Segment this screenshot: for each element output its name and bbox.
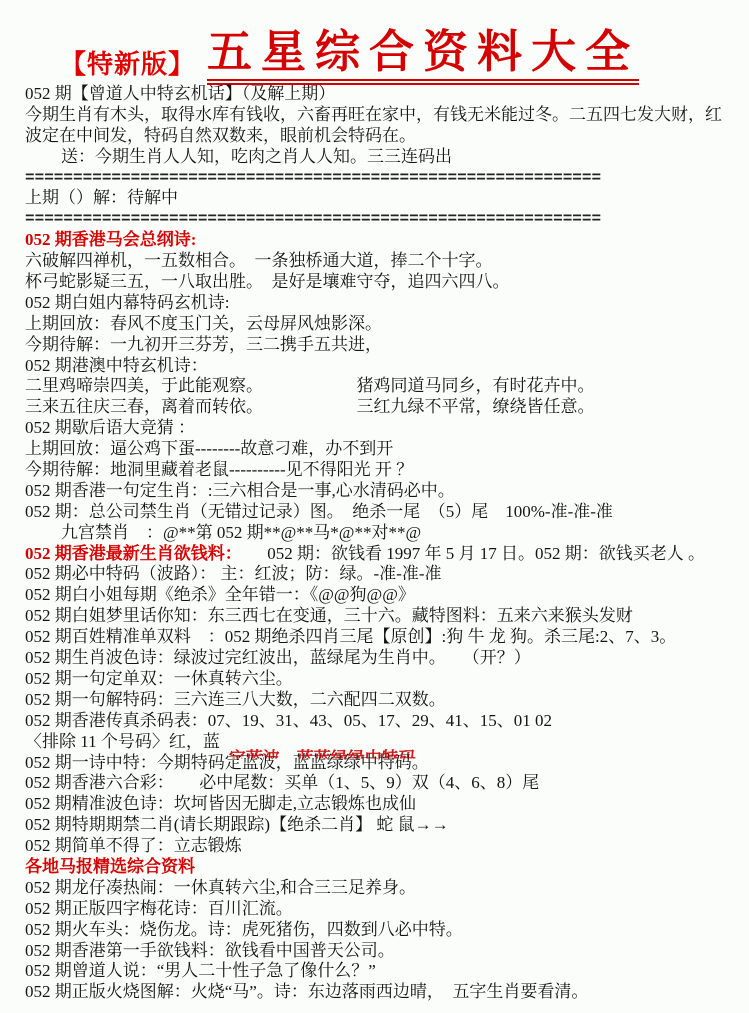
line-text: 052 期香港传真杀码表：07、19、31、43、05、17、29、41、15、… — [25, 711, 552, 730]
text-line: 三来五往庆三春，离着而转依。 三红九绿不平常，缭绕皆任意。 — [25, 397, 737, 418]
line-text: 052 期曾道人说：“男人二十性子急了像什么？” — [25, 961, 376, 980]
line-text: ========================================… — [25, 169, 601, 187]
text-line: 今期待解：一九初开三芬芳，三二携手五共进， — [25, 335, 737, 356]
text-line: 052 期正版四字梅花诗：百川汇流。 — [25, 899, 737, 920]
text-line: 上期（）解：待解中 — [25, 188, 737, 209]
divider-line: ========================================… — [25, 209, 737, 230]
line-text: 052 期一句解特码：三六连三八大数，二六配四二双数。 — [25, 690, 446, 709]
text-line: 052 期白姐内幕特码玄机诗: — [25, 293, 737, 314]
line-text: 六破解四禅机，一五数相合。 一条独桥通大道，捧二个十字。 — [25, 251, 493, 270]
line-text: 九宫禁肖 ：@**第 052 期**@**马*@**对**@ — [61, 523, 421, 542]
edition-label: 【特新版】 — [60, 44, 195, 81]
line-text: 上期（）解：待解中 — [25, 188, 178, 207]
text-line: 二里鸡啼崇四美，于此能观察。 猪鸡同道马同乡，有时花卉中。 — [25, 376, 737, 397]
line-text: 052 期：欲钱看 1997 年 5 月 17 日。052 期：欲钱买老人 。 — [233, 544, 705, 563]
line-text: 052 期火车头：烧伤龙。诗：虎死猪伤，四数到八必中特。 — [25, 920, 463, 939]
red-ghost-artifact: 定蓝波，蓝蓝绿绿中特码。 — [229, 749, 433, 770]
text-line: 052 期必中特码（波路）： 主：红波；防：绿。-准-准-准 — [25, 564, 737, 585]
text-line: 052 期简单不得了：立志锻炼 — [25, 836, 737, 857]
text-line: 052 期香港马会总纲诗: — [25, 230, 737, 251]
text-line: 052 期一句定单双：一休真转六尘。 — [25, 669, 737, 690]
text-line: 六破解四禅机，一五数相合。 一条独桥通大道，捧二个十字。 — [25, 251, 737, 272]
text-line: 波定在中间发，特码自然双数来，眼前机会特码在。 — [25, 126, 737, 147]
text-line: 052 期特期期禁二肖(请长期跟踪)【绝杀二肖】 蛇 鼠→→ — [25, 815, 737, 836]
line-text: 052 期白小姐每期《绝杀》全年错一：《@@狗@@》 — [25, 585, 415, 604]
line-text: 052 期生肖波色诗：绿波过完红波出，蓝绿尾为生肖中。 （开？） — [25, 648, 531, 667]
text-line: 052 期白小姐每期《绝杀》全年错一：《@@狗@@》 — [25, 585, 737, 606]
text-line: 052 期香港传真杀码表：07、19、31、43、05、17、29、41、15、… — [25, 711, 737, 732]
line-text: 上期回放：春风不度玉门关，云母屏风烛影深。 — [25, 314, 382, 333]
text-line: 〈排除 11 个号码〉红，蓝 — [25, 732, 737, 753]
text-line: 052 期白姐梦里话你知：东三西七在变通，三十六。藏特图料：五来六来猴头发财 — [25, 606, 737, 627]
text-line: 052 期：总公司禁生肖（无错过记录）图。 绝杀一尾 （5）尾 100%-准-准… — [25, 502, 737, 523]
line-text: 052 期白姐内幕特码玄机诗: — [25, 293, 229, 312]
text-line: 九宫禁肖 ：@**第 052 期**@**马*@**对**@ — [25, 523, 737, 544]
line-text: 052 期一诗中特：今期特码 — [25, 753, 225, 772]
line-text: 052 期正版火烧图解：火烧“马”。诗：东边落雨西边晴， 五字生肖要看清。 — [25, 982, 588, 1001]
line-text: 052 期歇后语大竞猜 ： — [25, 418, 195, 437]
text-line: 052 期生肖波色诗：绿波过完红波出，蓝绿尾为生肖中。 （开？） — [25, 648, 737, 669]
line-text: 052 期香港一句定生肖：:三六相合是一事,心水清码必中。 — [25, 481, 455, 500]
line-text: 今期待解：一九初开三芬芳，三二携手五共进， — [25, 335, 382, 354]
text-line: 052 期香港六合彩： 必中尾数：买单（1、5、9）双（4、6、8）尾 — [25, 773, 737, 794]
section-header-text: 052 期香港马会总纲诗: — [25, 230, 196, 249]
text-line: 今期待解：地洞里藏着老鼠----------见不得阳光 开 ？ — [25, 460, 737, 481]
text-line: 上期回放：春风不度玉门关，云母屏风烛影深。 — [25, 314, 737, 335]
line-text: 052 期香港六合彩： 必中尾数：买单（1、5、9）双（4、6、8）尾 — [25, 773, 539, 792]
text-line: 052 期火车头：烧伤龙。诗：虎死猪伤，四数到八必中特。 — [25, 920, 737, 941]
line-text: 今期生肖有木头，取得水库有钱收，六畜再旺在家中，有钱无米能过冬。二五四七发大财，… — [25, 105, 722, 124]
line-text: 052 期【曾道人中特玄机话】（及解上期） — [25, 84, 335, 103]
text-line: 052 期百姓精准单双料 ：052 期绝杀四肖三尾【原创】:狗 牛 龙 狗。杀三… — [25, 627, 737, 648]
text-line: 052 期曾道人说：“男人二十性子急了像什么？” — [25, 961, 737, 982]
text-line: 上期回放：逼公鸡下蛋--------故意刁难，办不到开 — [25, 439, 737, 460]
line-text: 052 期港澳中特玄机诗： — [25, 356, 208, 375]
text-line: 052 期正版火烧图解：火烧“马”。诗：东边落雨西边晴， 五字生肖要看清。 — [25, 982, 737, 1003]
document-page: 【特新版】 五星综合资料大全 052 期【曾道人中特玄机话】（及解上期）今期生肖… — [0, 0, 749, 1013]
text-line: 052 期歇后语大竞猜 ： — [25, 418, 737, 439]
divider-line: ========================================… — [25, 168, 737, 189]
line-text: 052 期必中特码（波路）： 主：红波；防：绿。-准-准-准 — [25, 564, 441, 583]
text-line: 今期生肖有木头，取得水库有钱收，六畜再旺在家中，有钱无米能过冬。二五四七发大财，… — [25, 105, 737, 126]
line-text: 上期回放：逼公鸡下蛋--------故意刁难，办不到开 — [25, 439, 393, 458]
line-text: 〈排除 11 个号码〉红，蓝 — [25, 732, 220, 751]
section-header-text: 052 期香港最新生肖欲钱料： — [25, 544, 233, 563]
line-text: 052 期：总公司禁生肖（无错过记录）图。 绝杀一尾 （5）尾 100%-准-准… — [25, 502, 613, 521]
line-text: 052 期特期期禁二肖(请长期跟踪)【绝杀二肖】 蛇 鼠→→ — [25, 815, 449, 834]
red-overlay-text: 定蓝波，蓝蓝绿绿中特码。定蓝波，蓝蓝绿绿中特码。 — [225, 753, 429, 774]
document-lines: 052 期【曾道人中特玄机话】（及解上期）今期生肖有木头，取得水库有钱收，六畜再… — [25, 84, 737, 1003]
line-text: 二里鸡啼崇四美，于此能观察。 猪鸡同道马同乡，有时花卉中。 — [25, 376, 595, 395]
text-line: 052 期精准波色诗：坎坷皆因无脚走,立志锻炼也成仙 — [25, 794, 737, 815]
line-text: 052 期百姓精准单双料 ：052 期绝杀四肖三尾【原创】:狗 牛 龙 狗。杀三… — [25, 627, 676, 646]
text-line: 052 期香港最新生肖欲钱料： 052 期：欲钱看 1997 年 5 月 17 … — [25, 544, 737, 565]
line-text: 送：今期生肖人人知，吃肉之肖人人知。三三连码出 — [61, 147, 452, 166]
text-line: 052 期香港第一手欲钱料：欲钱看中国普天公司。 — [25, 941, 737, 962]
text-line: 052 期【曾道人中特玄机话】（及解上期） — [25, 84, 737, 105]
text-line: 杯弓蛇影疑三五，一八取出胜。 是好是壤难守夺，追四六四八。 — [25, 272, 737, 293]
text-line: 052 期香港一句定生肖：:三六相合是一事,心水清码必中。 — [25, 481, 737, 502]
line-text: 052 期精准波色诗：坎坷皆因无脚走,立志锻炼也成仙 — [25, 794, 416, 813]
line-text: 052 期白姐梦里话你知：东三西七在变通，三十六。藏特图料：五来六来猴头发财 — [25, 606, 633, 625]
text-line: 052 期龙仔凑热闹：一休真转六尘,和合三三足养身。 — [25, 878, 737, 899]
line-text: ========================================… — [25, 210, 601, 228]
line-text: 波定在中间发，特码自然双数来，眼前机会特码在。 — [25, 126, 416, 145]
line-text: 今期待解：地洞里藏着老鼠----------见不得阳光 开 ？ — [25, 460, 413, 479]
text-line: 052 期一句解特码：三六连三八大数，二六配四二双数。 — [25, 690, 737, 711]
line-text: 052 期简单不得了：立志锻炼 — [25, 836, 242, 855]
section-header-text: 各地马报精选综合资料 — [25, 857, 195, 876]
line-text: 杯弓蛇影疑三五，一八取出胜。 是好是壤难守夺，追四六四八。 — [25, 272, 510, 291]
text-line: 052 期港澳中特玄机诗： — [25, 356, 737, 377]
line-text: 三来五往庆三春，离着而转依。 三红九绿不平常，缭绕皆任意。 — [25, 397, 595, 416]
line-text: 052 期正版四字梅花诗：百川汇流。 — [25, 899, 293, 918]
line-text: 052 期一句定单双：一休真转六尘。 — [25, 669, 293, 688]
text-line: 送：今期生肖人人知，吃肉之肖人人知。三三连码出 — [25, 147, 737, 168]
line-text: 052 期龙仔凑热闹：一休真转六尘,和合三三足养身。 — [25, 878, 416, 897]
line-text: 052 期香港第一手欲钱料：欲钱看中国普天公司。 — [25, 941, 395, 960]
text-line: 052 期一诗中特：今期特码定蓝波，蓝蓝绿绿中特码。定蓝波，蓝蓝绿绿中特码。 — [25, 753, 737, 774]
page-title: 五星综合资料大全 — [207, 28, 639, 85]
text-line: 各地马报精选综合资料 — [25, 857, 737, 878]
